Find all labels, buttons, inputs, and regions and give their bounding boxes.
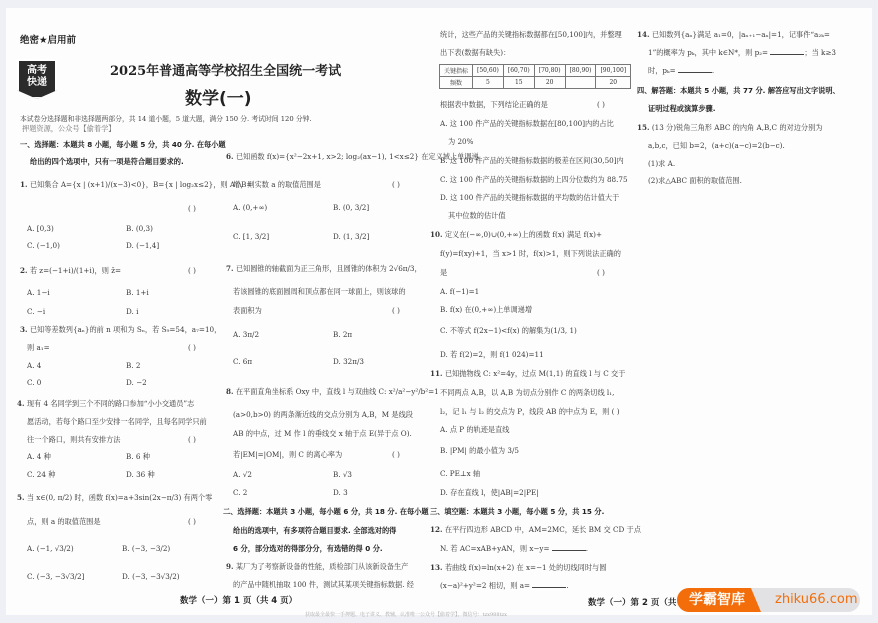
section4-heading: 四、解答题：本题共 5 小题，共 77 分. 解答应写出文字说明、 <box>637 86 840 96</box>
q13-answer-blank[interactable] <box>532 581 566 588</box>
q9-stem-3: 统计，这些产品的关键指标数据都在[50,100]内，并整理 <box>440 30 622 39</box>
q11-option-c: C. PE⊥x 轴 <box>440 469 480 478</box>
table-cell: 20 <box>534 77 565 89</box>
q2-option-c: C. −i <box>27 307 45 316</box>
q3-stem: 3. 已知等差数列{aₙ}的前 n 项和为 Sₙ，若 S₉=54，a₇=10， <box>20 325 221 334</box>
watermark-brand: 学霸智库 <box>677 588 761 612</box>
promo-line: 押题资源，公众号【偷着学】 <box>22 124 115 133</box>
q6-option-b: B. (0, 3/2] <box>333 203 369 212</box>
q14-stem: 14. 已知数列{aₙ}满足 a₁=0，|aₙ₊₁−aₙ|=1，记事件“a₂ₖ= <box>637 30 830 39</box>
table-header-cell: [70,80) <box>534 65 565 77</box>
q10-answer-paren: ( ) <box>597 268 605 277</box>
q13-stem: 13. 若曲线 f(x)=ln(x+2) 在 x=−1 处的切线同时与圆 <box>430 563 606 572</box>
q10-stem-2: f(y)=f(xy)+1，当 x>1 时，f(x)>1，则下列说法正确的 <box>440 249 621 258</box>
q5-option-a: A. (−1, √3/2) <box>27 544 74 553</box>
q9-stem-2: 的产品中随机抽取 100 件，测试其某项关键指标数据. 经 <box>233 580 414 589</box>
q4-option-a: A. 4 种 <box>27 452 51 461</box>
q8-option-a: A. √2 <box>233 470 252 479</box>
q12-stem: 12. 在平行四边形 ABCD 中，AM=2MC，延长 BM 交 CD 于点 <box>430 525 641 534</box>
q3-option-a: A. 4 <box>27 361 41 370</box>
q11-stem-2: 不同两点 A,B，以 A,B 为切点分别作 C 的两条切线 l₁, <box>440 388 614 397</box>
q1-option-a: A. [0,3) <box>27 224 54 233</box>
table-cell <box>565 77 596 89</box>
q15-stem: 15. (13 分)锐角三角形 ABC 的内角 A,B,C 的对边分别为 <box>637 123 822 132</box>
q10-option-a: A. f(−1)=1 <box>440 287 479 296</box>
table-header-cell: [80,90) <box>565 65 596 77</box>
q9-option-d: D. 这 100 件产品的关键指标数据的平均数的估计值大于 <box>440 193 619 202</box>
q15-part1: (1)求 A. <box>648 159 675 168</box>
q7-answer-paren: ( ) <box>392 306 400 315</box>
q3-stem-2: 则 a₁= <box>27 343 50 352</box>
q10-stem-3: 是 <box>440 268 447 277</box>
q12-stem-2: N. 若 AC=xAB+yAN，则 x−y= . <box>440 544 588 553</box>
q1-stem: 1. 已知集合 A={x | (x+1)/(x−3)<0}，B={x | log… <box>20 180 252 189</box>
promo-note: 获取最全最快一手押题、电子讲义、教辅，认准唯一公众号【偷着学】，微信号：tzx9… <box>305 611 507 618</box>
q1-option-c: C. (−1,0) <box>27 241 60 250</box>
q11-option-b: B. |PM| 的最小值为 3/5 <box>440 446 519 455</box>
table-cell: 频数 <box>440 77 473 89</box>
q2-answer-paren: ( ) <box>188 266 196 275</box>
q1-option-d: D. (−1,4] <box>126 241 159 250</box>
table-header-cell: 关键指标 <box>440 65 473 77</box>
q4-option-d: D. 36 种 <box>126 470 155 479</box>
q2-option-d: D. i <box>126 307 138 316</box>
q11-option-d: D. 存在直线 l，使|AB|=2|PE| <box>440 488 539 497</box>
table-cell: 15 <box>503 77 534 89</box>
q7-option-d: D. 32π/3 <box>333 357 364 366</box>
q7-stem: 7. 已知圆锥的轴截面为正三角形，且圆锥的体积为 2√6π/3， <box>226 264 422 273</box>
q4-stem-3: 往一个路口，则共有安排方法 <box>27 435 120 444</box>
q7-stem-3: 表面积为 <box>233 306 262 315</box>
q9-option-a-2: 为 20% <box>448 137 473 146</box>
q3-option-b: B. 2 <box>126 361 140 370</box>
q4-stem: 4. 现有 4 名同学到三个不同的路口参加“小小交通员”志 <box>17 399 194 408</box>
q2-option-b: B. 1+i <box>126 288 149 297</box>
watermark-url: zhiku66.com <box>775 588 857 612</box>
logo-line2: 快递 <box>19 77 55 89</box>
q8-option-b: B. √3 <box>333 470 352 479</box>
q8-stem-3: AB 的中点，过 M 作 l 的垂线交 x 轴于点 E(异于点 O). <box>233 429 412 438</box>
table-header-cell: [50,60) <box>473 65 504 77</box>
table-header-cell: [60,70) <box>503 65 534 77</box>
q9-option-c: C. 这 100 件产品的关键指标数据的上四分位数约为 88.75 <box>440 175 628 184</box>
q11-stem-3: l₂，记 l₁ 与 l₂ 的交点为 P，线段 AB 的中点为 E，则 ( ) <box>440 407 620 416</box>
q1-answer-paren: ( ) <box>188 204 196 213</box>
q9-frequency-table: 关键指标 [50,60) [60,70) [70,80) [80,90) [90… <box>439 64 631 89</box>
section4-heading-2: 证明过程或演算步骤. <box>648 104 715 114</box>
page1-footer: 数学（一）第 1 页（共 4 页） <box>180 594 297 606</box>
section1-heading: 一、选择题：本题共 8 小题，每小题 5 分，共 40 分. 在每小题 <box>20 140 226 150</box>
q5-option-b: B. (−3, −3/2) <box>122 544 170 553</box>
q9-question: 根据表中数据，下列结论正确的是 <box>440 100 548 109</box>
q6-stem-2: 增，则实数 a 的取值范围是 <box>233 180 321 189</box>
q9-stem-4: 出下表(数据有缺失)： <box>440 48 510 57</box>
q4-answer-paren: ( ) <box>188 435 196 444</box>
logo-line1: 高考 <box>19 65 55 77</box>
section2-heading-3: 6 分，部分选对的得部分分，有选错的得 0 分. <box>233 544 383 554</box>
q4-stem-2: 愿活动，若每个路口至少安排一名同学，且每名同学只前 <box>27 417 207 426</box>
q3-answer-paren: ( ) <box>188 343 196 352</box>
q5-stem: 5. 当 x∈(0, π/2) 时，函数 f(x)=a+3sin(2x−π/3)… <box>17 493 212 502</box>
q10-stem: 10. 定义在(−∞,0)∪(0,+∞)上的函数 f(x) 满足 f(x)+ <box>430 230 602 239</box>
zhiku66-watermark[interactable]: 学霸智库 zhiku66.com <box>677 588 860 612</box>
q8-answer-paren: ( ) <box>392 450 400 459</box>
q10-option-b: B. f(x) 在(0,+∞)上单调递增 <box>440 305 532 314</box>
q14-pk-blank[interactable] <box>678 66 712 73</box>
section2-heading-2: 给出的选项中，有多项符合题目要求. 全部选对的得 <box>233 526 396 536</box>
q9-answer-paren: ( ) <box>597 100 605 109</box>
section3-heading: 三、填空题：本题共 3 小题，每小题 5 分，共 15 分. <box>430 507 604 517</box>
q7-option-a: A. 3π/2 <box>233 330 259 339</box>
q8-stem-2: (a>0,b>0) 的两条渐近线的交点分别为 A,B，M 是线段 <box>233 410 413 419</box>
q5-option-d: D. (−3, −3√3/2) <box>122 572 180 581</box>
secret-label: 绝密★启用前 <box>20 32 76 46</box>
subject-title: 数学(一) <box>185 84 252 109</box>
q13-stem-2: (x−a)²+y²=2 相切，则 a= . <box>440 581 569 590</box>
q7-option-c: C. 6π <box>233 357 252 366</box>
q2-stem: 2. 若 z=(−1+i)/(1+i)，则 z̄= <box>20 266 121 275</box>
q14-stem-2: 1”的概率为 pₖ，其中 k∈N*，则 p₂= ；当 k≥3 <box>648 48 836 57</box>
q6-answer-paren: ( ) <box>392 180 400 189</box>
q14-p2-blank[interactable] <box>770 48 804 55</box>
q9-option-b: B. 这 100 件产品的关键指标数据的极差在区间(30,50]内 <box>440 156 624 165</box>
q3-option-c: C. 0 <box>27 378 41 387</box>
page2-footer: 数学（一）第 2 页（共 <box>588 596 676 608</box>
table-cell: 20 <box>596 77 631 89</box>
q1-option-b: B. (0,3) <box>126 224 153 233</box>
q5-answer-paren: ( ) <box>188 517 196 526</box>
q3-option-d: D. −2 <box>126 378 147 387</box>
q15-part2: (2)求△ABC 面积的取值范围. <box>648 176 742 185</box>
q5-option-c: C. (−3, −3√3/2] <box>27 572 84 581</box>
q5-stem-2: 点，则 a 的取值范围是 <box>27 517 101 526</box>
q4-option-c: C. 24 种 <box>27 470 55 479</box>
table-header-cell: [90,100] <box>596 65 631 77</box>
q11-stem: 11. 已知抛物线 C: x²=4y，过点 M(1,1) 的直线 l 与 C 交… <box>430 369 625 378</box>
q7-option-b: B. 2π <box>333 330 352 339</box>
q15-stem-2: a,b,c，已知 b=2，(a+c)(a−c)=2(b−c). <box>648 141 785 150</box>
q8-option-c: C. 2 <box>233 488 247 497</box>
exam-title: 2025年普通高等学校招生全国统一考试 <box>110 60 341 79</box>
q9-option-a: A. 这 100 件产品的关键指标数据在[80,100]内的占比 <box>440 119 614 128</box>
q9-option-d-2: 其中位数的估计值 <box>448 211 506 220</box>
q7-stem-2: 若该圆锥的底面圆周和顶点都在同一球面上，则该球的 <box>233 287 406 296</box>
q2-option-a: A. 1−i <box>27 288 50 297</box>
q4-option-b: B. 6 种 <box>126 452 150 461</box>
q6-option-c: C. [1, 3/2] <box>233 232 269 241</box>
q8-stem-4: 若|EM|=|OM|，则 C 的离心率为 <box>233 450 342 459</box>
instructions: 本试卷分选择题和非选择题两部分，共 14 道小题，5 道大题，满分 150 分.… <box>20 115 312 124</box>
q6-option-d: D. (1, 3/2] <box>333 232 369 241</box>
q9-stem: 9. 某厂为了考察新设备的性能，质检部门从该新设备生产 <box>226 562 408 571</box>
q10-option-d: D. 若 f(2)=2，则 f(1 024)=11 <box>440 350 544 359</box>
q6-option-a: A. (0,+∞) <box>233 203 267 212</box>
section1-heading-2: 给出的四个选项中，只有一项是符合题目要求的. <box>30 157 184 167</box>
q12-answer-blank[interactable] <box>552 544 586 551</box>
table-row: 频数 5 15 20 20 <box>440 77 631 89</box>
q8-stem: 8. 在平面直角坐标系 Oxy 中，直线 l 与双曲线 C: x²/a²−y²/… <box>226 387 439 396</box>
table-header-row: 关键指标 [50,60) [60,70) [70,80) [80,90) [90… <box>440 65 631 77</box>
table-cell: 5 <box>473 77 504 89</box>
q11-option-a: A. 点 P 的轨迹是直线 <box>440 425 509 434</box>
section2-heading: 二、选择题：本题共 3 小题，每小题 6 分，共 18 分. 在每小题 <box>223 507 429 517</box>
q8-option-d: D. 3 <box>333 488 348 497</box>
q14-stem-3: 时，pₖ= . <box>648 66 714 75</box>
q10-option-c: C. 不等式 f(2x−1)<f(x) 的解集为(1/3, 1) <box>440 326 577 335</box>
